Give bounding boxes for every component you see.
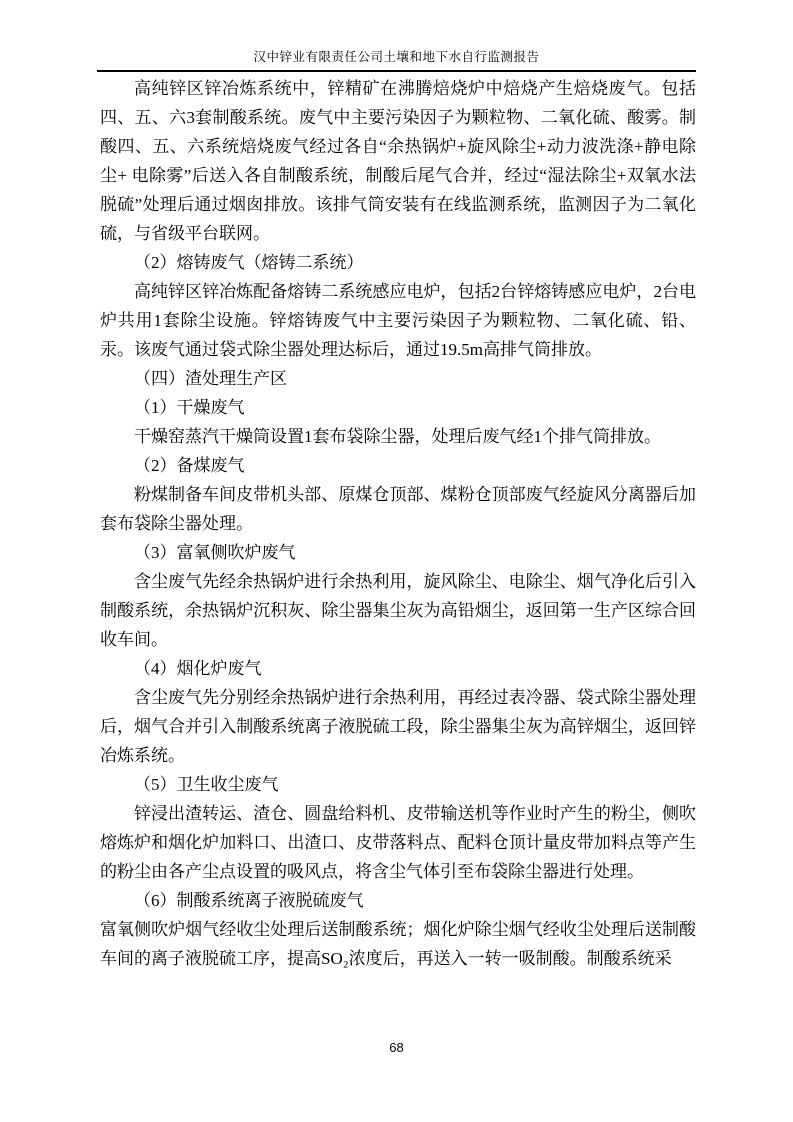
document-body: 高纯锌区锌冶炼系统中，锌精矿在沸腾焙烧炉中焙烧产生焙烧废气。包括四、五、六3套制…: [100, 74, 696, 973]
paragraph: 粉煤制备车间皮带机头部、原煤仓顶部、煤粉仓顶部废气经旋风分离器后加套布袋除尘器处…: [100, 480, 696, 538]
section-heading: （4）烟化炉废气: [100, 654, 696, 683]
page-header-title: 汉中锌业有限责任公司土壤和地下水自行监测报告: [0, 49, 793, 65]
section-heading: （四）渣处理生产区: [100, 364, 696, 393]
section-heading: （1）干燥废气: [100, 393, 696, 422]
paragraph: 富氧侧吹炉烟气经收尘处理后送制酸系统；烟化炉除尘烟气经收尘处理后送制酸车间的离子…: [100, 915, 696, 973]
paragraph: 含尘废气先经余热锅炉进行余热利用，旋风除尘、电除尘、烟气净化后引入制酸系统，余热…: [100, 567, 696, 654]
section-heading: （2）备煤废气: [100, 451, 696, 480]
header-divider: [97, 70, 696, 72]
paragraph: 锌浸出渣转运、渣仓、圆盘给料机、皮带输送机等作业时产生的粉尘，侧吹熔炼炉和烟化炉…: [100, 799, 696, 886]
section-heading: （3）富氧侧吹炉废气: [100, 538, 696, 567]
paragraph: 含尘废气先分别经余热锅炉进行余热利用，再经过表冷器、袋式除尘器处理后，烟气合并引…: [100, 683, 696, 770]
section-heading: （6）制酸系统离子液脱硫废气: [100, 886, 696, 915]
section-heading: （2）熔铸废气（熔铸二系统）: [100, 248, 696, 277]
paragraph: 高纯锌区锌冶炼配备熔铸二系统感应电炉，包括2台锌熔铸感应电炉，2台电炉共用1套除…: [100, 277, 696, 364]
page-number: 68: [0, 1040, 793, 1055]
section-heading: （5）卫生收尘废气: [100, 770, 696, 799]
paragraph: 高纯锌区锌冶炼系统中，锌精矿在沸腾焙烧炉中焙烧产生焙烧废气。包括四、五、六3套制…: [100, 74, 696, 248]
paragraph: 干燥窑蒸汽干燥筒设置1套布袋除尘器，处理后废气经1个排气筒排放。: [100, 422, 696, 451]
document-page: 汉中锌业有限责任公司土壤和地下水自行监测报告 高纯锌区锌冶炼系统中，锌精矿在沸腾…: [0, 0, 793, 1122]
